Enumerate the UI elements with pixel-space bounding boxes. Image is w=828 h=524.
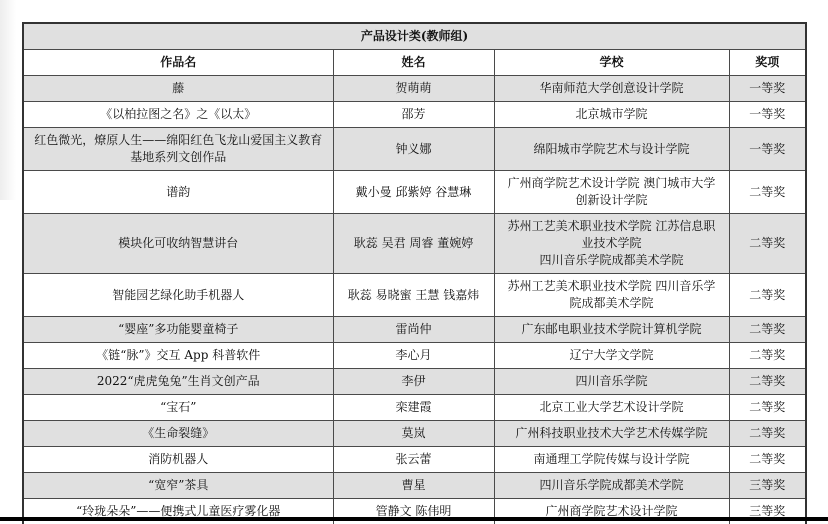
award-cell: 一等奖: [729, 102, 806, 128]
school-cell: 绵阳城市学院艺术与设计学院: [494, 128, 729, 171]
table-title-row: 产品设计类(教师组): [23, 23, 806, 50]
school-cell: 北京工业大学艺术设计学院: [494, 395, 729, 421]
table-header-row: 作品名 姓名 学校 奖项: [23, 50, 806, 76]
document-page: 产品设计类(教师组) 作品名 姓名 学校 奖项 藤贺萌萌华南师范大学创意设计学院…: [0, 0, 828, 524]
school-cell: 南通理工学院传媒与设计学院: [494, 447, 729, 473]
table-row: 2022“虎虎兔兔”生肖文创产品李伊四川音乐学院二等奖: [23, 369, 806, 395]
work-cell: 消防机器人: [23, 447, 333, 473]
column-header-work: 作品名: [23, 50, 333, 76]
work-cell: “婴座”多功能婴童椅子: [23, 317, 333, 343]
award-cell: 二等奖: [729, 171, 806, 214]
school-cell: 广州商学院艺术设计学院 澳门城市大学创新设计学院: [494, 171, 729, 214]
table-row: “宽窄”茶具曹星四川音乐学院成都美术学院三等奖: [23, 473, 806, 499]
table-row: 智能园艺绿化助手机器人耿蕊 易晓蜜 王慧 钱嘉炜苏州工艺美术职业技术学院 四川音…: [23, 274, 806, 317]
column-header-award: 奖项: [729, 50, 806, 76]
table-title: 产品设计类(教师组): [23, 23, 806, 50]
work-cell: 《链“脉”》交互 App 科普软件: [23, 343, 333, 369]
page-edge-shadow: [0, 0, 16, 200]
award-cell: 三等奖: [729, 473, 806, 499]
award-cell: 二等奖: [729, 343, 806, 369]
school-cell: 四川音乐学院: [494, 369, 729, 395]
work-cell: 谱韵: [23, 171, 333, 214]
awards-table: 产品设计类(教师组) 作品名 姓名 学校 奖项 藤贺萌萌华南师范大学创意设计学院…: [22, 22, 807, 524]
school-cell: 苏州工艺美术职业技术学院 江苏信息职业技术学院 四川音乐学院成都美术学院: [494, 214, 729, 274]
work-cell: 智能园艺绿化助手机器人: [23, 274, 333, 317]
name-cell: 李心月: [333, 343, 494, 369]
school-cell: 华南师范大学创意设计学院: [494, 76, 729, 102]
award-cell: 二等奖: [729, 317, 806, 343]
name-cell: 张云蕾: [333, 447, 494, 473]
name-cell: 邵芳: [333, 102, 494, 128]
award-cell: 一等奖: [729, 76, 806, 102]
column-header-school: 学校: [494, 50, 729, 76]
school-cell: 辽宁大学文学院: [494, 343, 729, 369]
table-row: “婴座”多功能婴童椅子雷尚仲广东邮电职业技术学院计算机学院二等奖: [23, 317, 806, 343]
name-cell: 耿蕊 吴君 周睿 董婉婷: [333, 214, 494, 274]
page-cut-bar: [0, 517, 828, 521]
table-row: 模块化可收纳智慧讲台耿蕊 吴君 周睿 董婉婷苏州工艺美术职业技术学院 江苏信息职…: [23, 214, 806, 274]
school-cell: 广州科技职业技术大学艺术传媒学院: [494, 421, 729, 447]
work-cell: 藤: [23, 76, 333, 102]
name-cell: 贺萌萌: [333, 76, 494, 102]
school-cell: 广东邮电职业技术学院计算机学院: [494, 317, 729, 343]
awards-table-container: 产品设计类(教师组) 作品名 姓名 学校 奖项 藤贺萌萌华南师范大学创意设计学院…: [22, 22, 805, 524]
table-row: 红色微光，燎原人生——绵阳红色飞龙山爱国主义教育基地系列文创作品钟义娜绵阳城市学…: [23, 128, 806, 171]
table-row: 谱韵戴小曼 邱紫婷 谷慧琳广州商学院艺术设计学院 澳门城市大学创新设计学院二等奖: [23, 171, 806, 214]
school-cell: 苏州工艺美术职业技术学院 四川音乐学院成都美术学院: [494, 274, 729, 317]
award-cell: 一等奖: [729, 128, 806, 171]
table-row: “宝石”栾建霞北京工业大学艺术设计学院二等奖: [23, 395, 806, 421]
name-cell: 耿蕊 易晓蜜 王慧 钱嘉炜: [333, 274, 494, 317]
award-cell: 二等奖: [729, 447, 806, 473]
table-row: 《以柏拉图之名》之《以太》邵芳北京城市学院一等奖: [23, 102, 806, 128]
column-header-name: 姓名: [333, 50, 494, 76]
work-cell: “宝石”: [23, 395, 333, 421]
award-cell: 二等奖: [729, 395, 806, 421]
awards-table-body: 藤贺萌萌华南师范大学创意设计学院一等奖《以柏拉图之名》之《以太》邵芳北京城市学院…: [23, 76, 806, 524]
name-cell: 戴小曼 邱紫婷 谷慧琳: [333, 171, 494, 214]
work-cell: 2022“虎虎兔兔”生肖文创产品: [23, 369, 333, 395]
award-cell: 二等奖: [729, 214, 806, 274]
table-row: 消防机器人张云蕾南通理工学院传媒与设计学院二等奖: [23, 447, 806, 473]
name-cell: 莫岚: [333, 421, 494, 447]
table-row: 《链“脉”》交互 App 科普软件李心月辽宁大学文学院二等奖: [23, 343, 806, 369]
school-cell: 北京城市学院: [494, 102, 729, 128]
work-cell: 《以柏拉图之名》之《以太》: [23, 102, 333, 128]
table-row: 《生命裂缝》莫岚广州科技职业技术大学艺术传媒学院二等奖: [23, 421, 806, 447]
name-cell: 栾建霞: [333, 395, 494, 421]
name-cell: 钟义娜: [333, 128, 494, 171]
award-cell: 二等奖: [729, 274, 806, 317]
work-cell: 红色微光，燎原人生——绵阳红色飞龙山爱国主义教育基地系列文创作品: [23, 128, 333, 171]
work-cell: “宽窄”茶具: [23, 473, 333, 499]
award-cell: 二等奖: [729, 421, 806, 447]
school-cell: 四川音乐学院成都美术学院: [494, 473, 729, 499]
name-cell: 曹星: [333, 473, 494, 499]
table-row: 藤贺萌萌华南师范大学创意设计学院一等奖: [23, 76, 806, 102]
name-cell: 李伊: [333, 369, 494, 395]
award-cell: 二等奖: [729, 369, 806, 395]
work-cell: 《生命裂缝》: [23, 421, 333, 447]
name-cell: 雷尚仲: [333, 317, 494, 343]
work-cell: 模块化可收纳智慧讲台: [23, 214, 333, 274]
